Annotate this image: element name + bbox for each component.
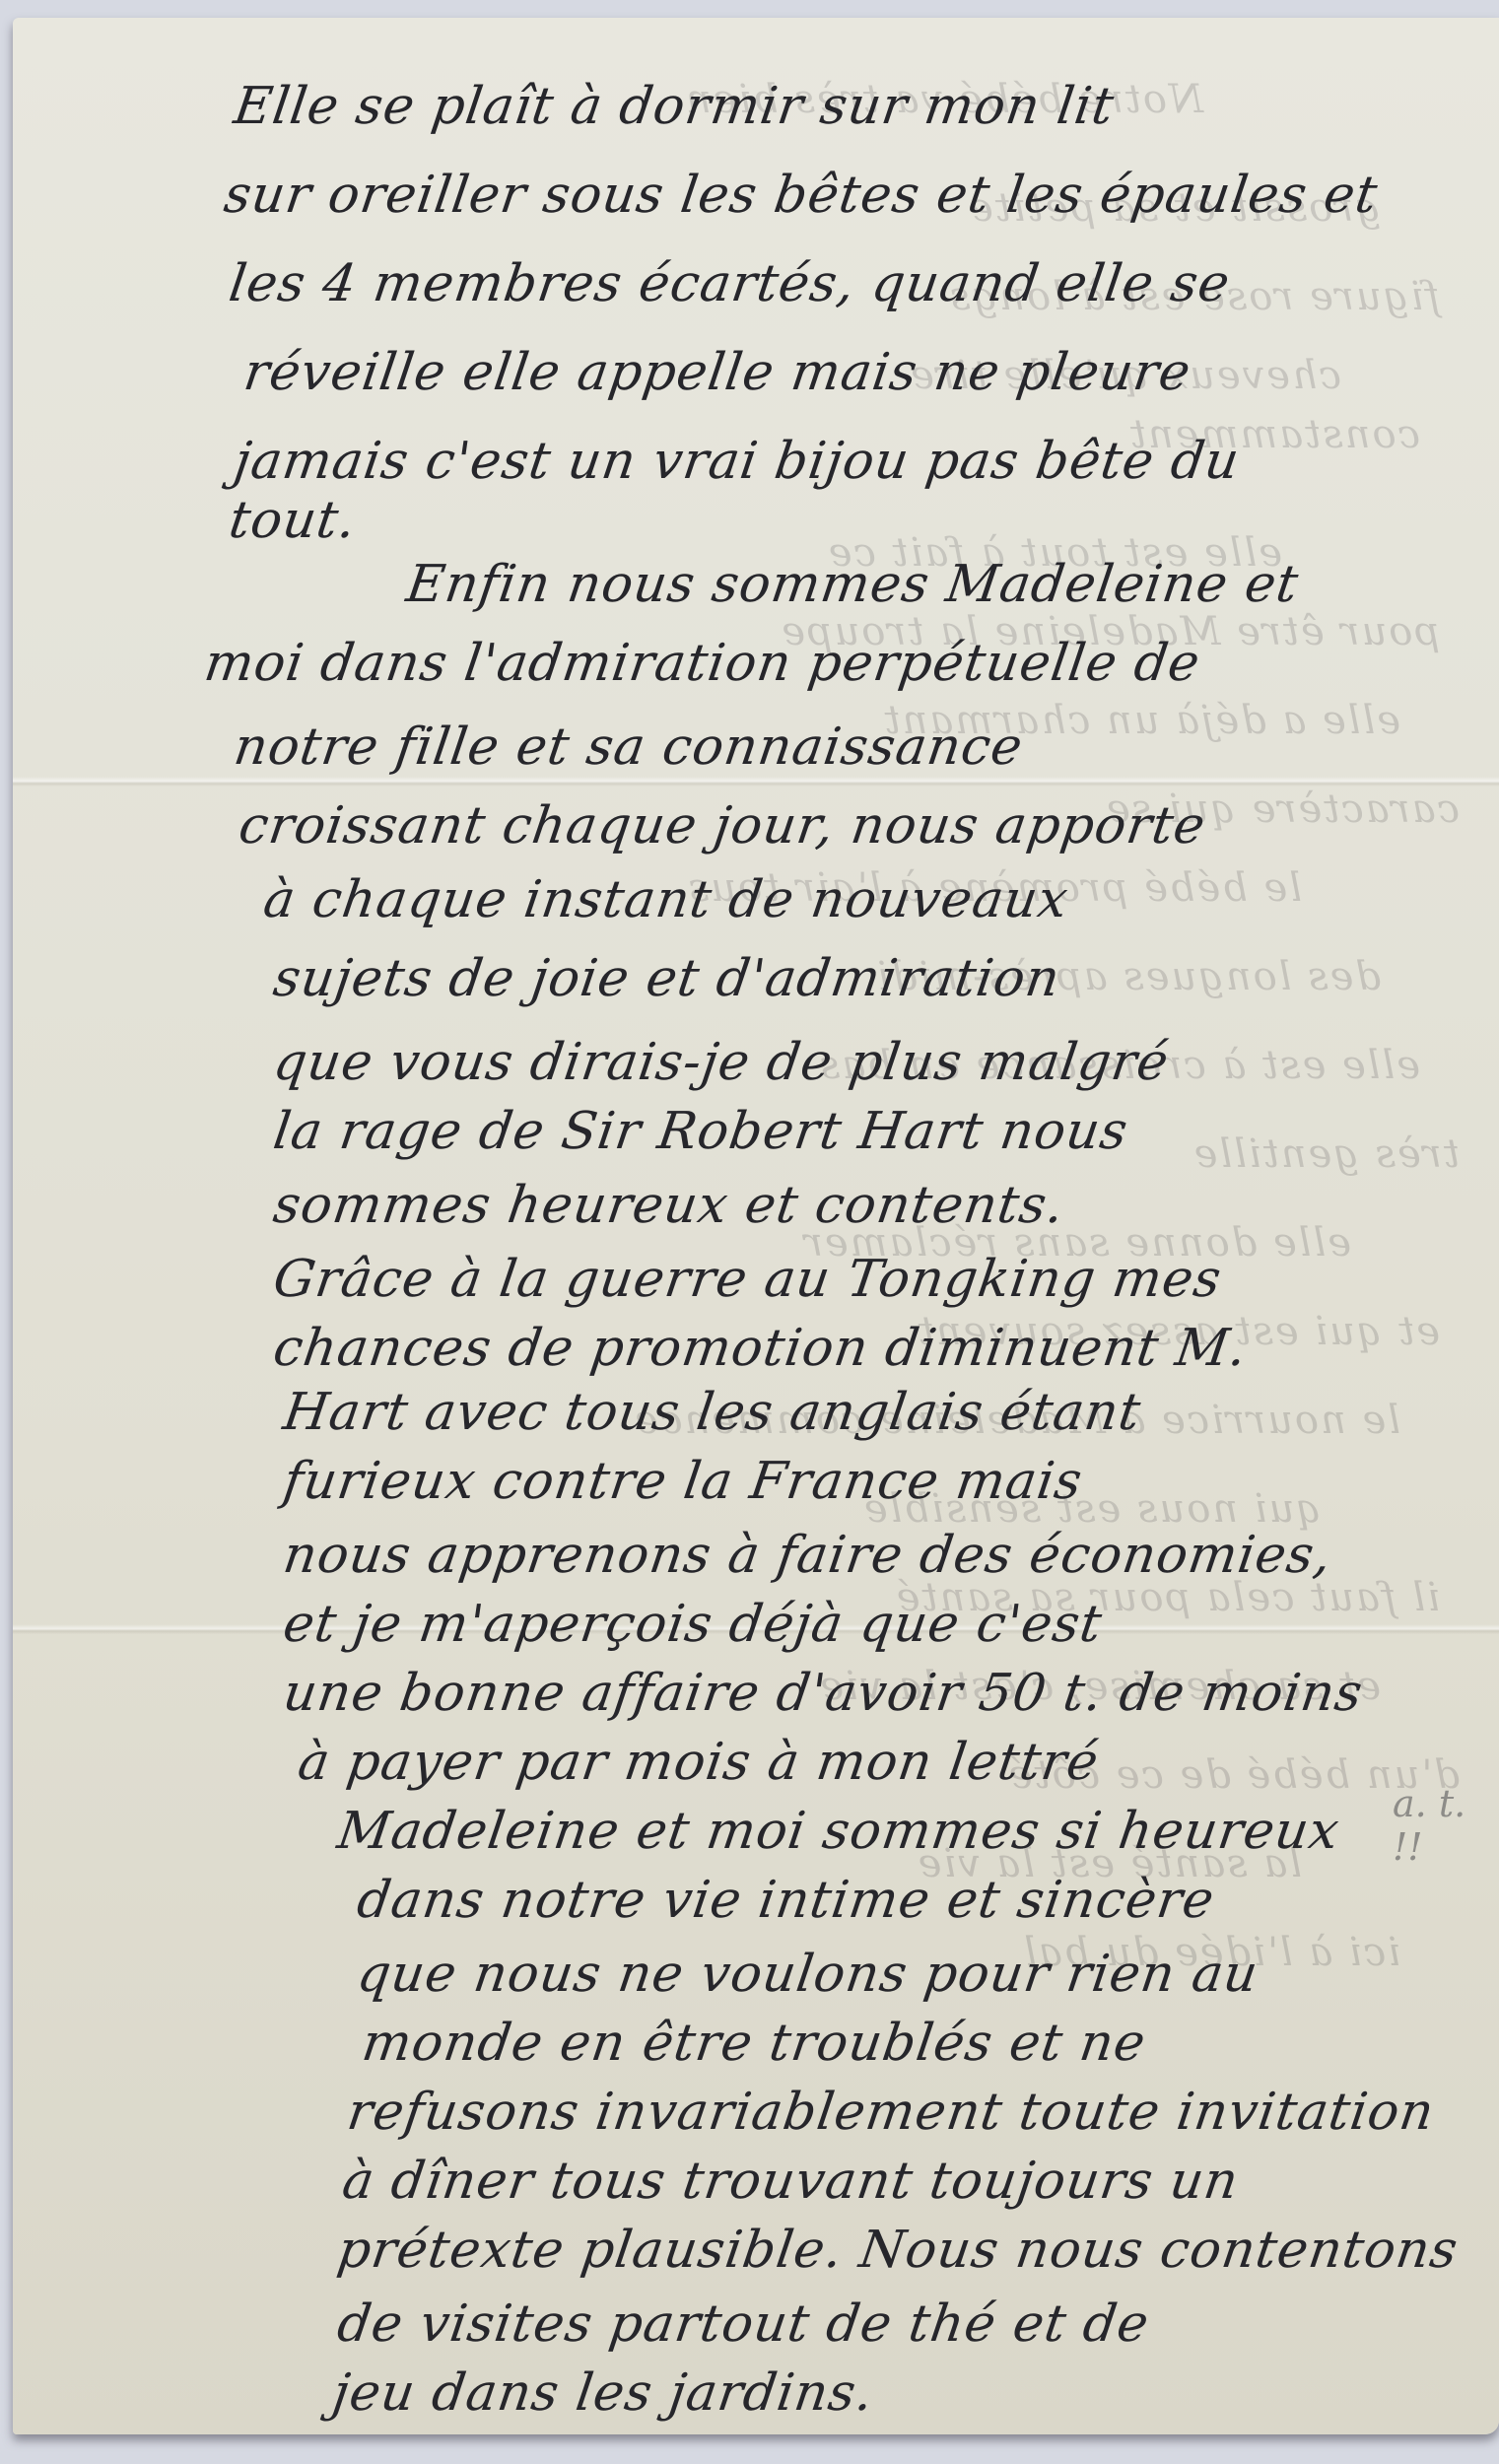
letter-line: tout. bbox=[226, 491, 361, 550]
letter-line: Grâce à la guerre au Tongking mes bbox=[270, 1250, 1225, 1309]
letter-line: à chaque instant de nouveaux bbox=[260, 870, 1072, 929]
letter-line: la rage de Sir Robert Hart nous bbox=[270, 1102, 1132, 1161]
letter-line: refusons invariablement toute invitation bbox=[344, 2083, 1438, 2142]
letter-line: sur oreiller sous les bêtes et les épaul… bbox=[221, 166, 1382, 225]
paper-fold bbox=[13, 777, 1499, 787]
letter-line: à dîner tous trouvant toujours un bbox=[339, 2152, 1243, 2211]
letter-line: Enfin nous sommes Madeleine et bbox=[403, 555, 1303, 614]
letter-line: notre fille et sa connaissance bbox=[231, 718, 1027, 777]
letter-line: les 4 membres écartés, quand elle se bbox=[226, 254, 1234, 313]
letter-line: furieux contre la France mais bbox=[280, 1452, 1086, 1511]
letter-line: nous apprenons à faire des économies, bbox=[280, 1526, 1335, 1585]
bleed-line: très gentille bbox=[1192, 1131, 1460, 1177]
letter-page: Notre bébé va très bien grossit et sa pe… bbox=[13, 18, 1499, 2434]
letter-line: jeu dans les jardins. bbox=[329, 2363, 878, 2423]
letter-line: de visites partout de thé et de bbox=[334, 2294, 1153, 2354]
letter-line: réveille elle appelle mais ne pleure bbox=[240, 343, 1194, 402]
letter-line: croissant chaque jour, nous apporte bbox=[236, 796, 1209, 856]
letter-line: que nous ne voulons pour rien au bbox=[354, 1945, 1262, 2004]
letter-line: chances de promotion diminuent M. bbox=[270, 1319, 1251, 1378]
letter-line: Madeleine et moi sommes si heureux bbox=[334, 1802, 1343, 1861]
letter-line: moi dans l'admiration perpétuelle de bbox=[201, 634, 1204, 693]
letter-line: Hart avec tous les anglais étant bbox=[280, 1383, 1145, 1442]
margin-mark: a. t. !! bbox=[1393, 1782, 1499, 1869]
letter-line: Elle se plaît à dormir sur mon lit bbox=[231, 77, 1119, 136]
letter-line: dans notre vie intime et sincère bbox=[354, 1871, 1218, 1930]
letter-line: sommes heureux et contents. bbox=[270, 1176, 1068, 1235]
letter-line: à payer par mois à mon lettré bbox=[295, 1733, 1103, 1792]
letter-line: une bonne affaire d'avoir 50 t. de moins bbox=[280, 1664, 1367, 1723]
letter-line: que vous dirais-je de plus malgré bbox=[270, 1033, 1173, 1092]
letter-line: monde en être troublés et ne bbox=[359, 2014, 1150, 2073]
letter-line: et je m'aperçois déjà que c'est bbox=[280, 1595, 1106, 1654]
letter-line: prétexte plausible. Nous nous contentons bbox=[334, 2221, 1462, 2280]
letter-line: jamais c'est un vrai bijou pas bête du bbox=[231, 432, 1244, 491]
letter-line: sujets de joie et d'admiration bbox=[270, 949, 1064, 1008]
